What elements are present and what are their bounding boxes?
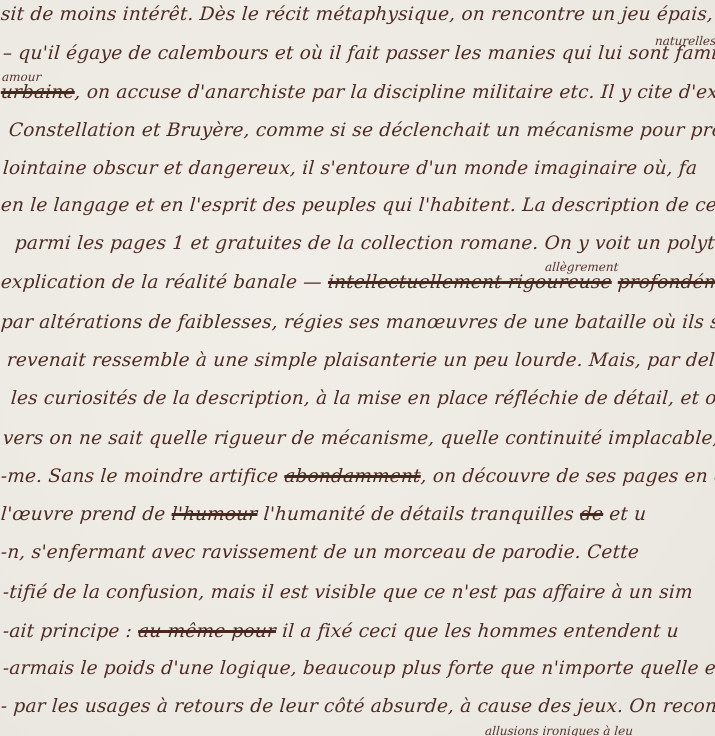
struck-through-text: profondément <box>617 272 715 293</box>
line-text: en le langage et en l'esprit des peuples… <box>0 195 715 216</box>
manuscript-line: -tifié de la confusion, mais il est visi… <box>2 581 694 605</box>
manuscript-line: urbaine, on accuse d'anarchiste par la d… <box>0 81 715 105</box>
line-text: -n, s'enfermant avec ravissement de un m… <box>0 542 640 563</box>
manuscript-line: -n, s'enfermant avec ravissement de un m… <box>0 541 640 565</box>
manuscript-line: Constellation et Bruyère, comme si se dé… <box>8 119 715 143</box>
interlinear-insertion: allusions ironiques à leu <box>485 724 634 736</box>
manuscript-line: par altérations de faiblesses, régies se… <box>0 311 715 335</box>
line-text: l'œuvre prend de <box>0 504 172 525</box>
manuscript-line: -armais le poids d'une logique, beaucoup… <box>2 657 715 681</box>
line-text: et u <box>602 504 647 525</box>
manuscript-page: sit de moins intérêt. Dès le récit métap… <box>0 0 715 736</box>
line-text: lointaine obscur et dangereux, il s'ento… <box>2 158 698 179</box>
manuscript-line: lointaine obscur et dangereux, il s'ento… <box>2 157 698 181</box>
line-text: -me. Sans le moindre artifice <box>0 466 285 487</box>
line-text: - par les usages à retours de leur côté … <box>0 696 715 717</box>
manuscript-line: sit de moins intérêt. Dès le récit métap… <box>0 3 715 27</box>
line-text: par altérations de faiblesses, régies se… <box>0 312 715 333</box>
manuscript-line: – qu'il égaye de calembours et où il fai… <box>2 42 715 66</box>
line-text: l'humanité de détails tranquilles <box>257 504 581 525</box>
line-text: -armais le poids d'une logique, beaucoup… <box>2 658 715 679</box>
manuscript-line: vers on ne sait quelle rigueur de mécani… <box>2 427 715 451</box>
manuscript-line: revenait ressemble à une simple plaisant… <box>6 349 715 373</box>
manuscript-line: -me. Sans le moindre artifice abondammen… <box>0 465 715 489</box>
line-text: Constellation et Bruyère, comme si se dé… <box>8 120 715 141</box>
manuscript-line: explication de la réalité banale — intel… <box>0 271 715 295</box>
line-text: sit de moins intérêt. Dès le récit métap… <box>0 4 715 25</box>
line-text: explication de la réalité banale — <box>0 272 329 293</box>
struck-through-text: urbaine <box>0 82 75 103</box>
manuscript-line: en le langage et en l'esprit des peuples… <box>0 194 715 218</box>
line-text: il a fixé ceci que les hommes entendent … <box>275 621 679 642</box>
line-text: , on accuse d'anarchiste par la discipli… <box>74 82 715 103</box>
manuscript-line: l'œuvre prend de l'humour l'humanité de … <box>0 503 647 527</box>
struck-through-text: au même pour <box>137 621 276 642</box>
struck-through-text: intellectuellement rigoureuse <box>327 272 612 293</box>
manuscript-line: - par les usages à retours de leur côté … <box>0 695 715 719</box>
line-text: – qu'il égaye de calembours et où il fai… <box>2 43 715 64</box>
line-text: revenait ressemble à une simple plaisant… <box>6 350 715 371</box>
line-text: vers on ne sait quelle rigueur de mécani… <box>2 428 715 449</box>
struck-through-text: de <box>579 504 604 525</box>
manuscript-line: parmi les pages 1 et gratuites de la col… <box>14 232 715 256</box>
manuscript-line: les curiosités de la description, à la m… <box>10 387 715 411</box>
line-text: parmi les pages 1 et gratuites de la col… <box>14 233 715 254</box>
manuscript-line: -ait principe : au même pour il a fixé c… <box>2 620 680 644</box>
line-text: les curiosités de la description, à la m… <box>10 388 715 409</box>
line-text: -tifié de la confusion, mais il est visi… <box>2 582 693 603</box>
line-text: , on découvre de ses pages en commençant <box>420 466 715 487</box>
struck-through-text: abondamment <box>284 466 422 487</box>
struck-through-text: l'humour <box>171 504 258 525</box>
line-text: -ait principe : <box>2 621 139 642</box>
